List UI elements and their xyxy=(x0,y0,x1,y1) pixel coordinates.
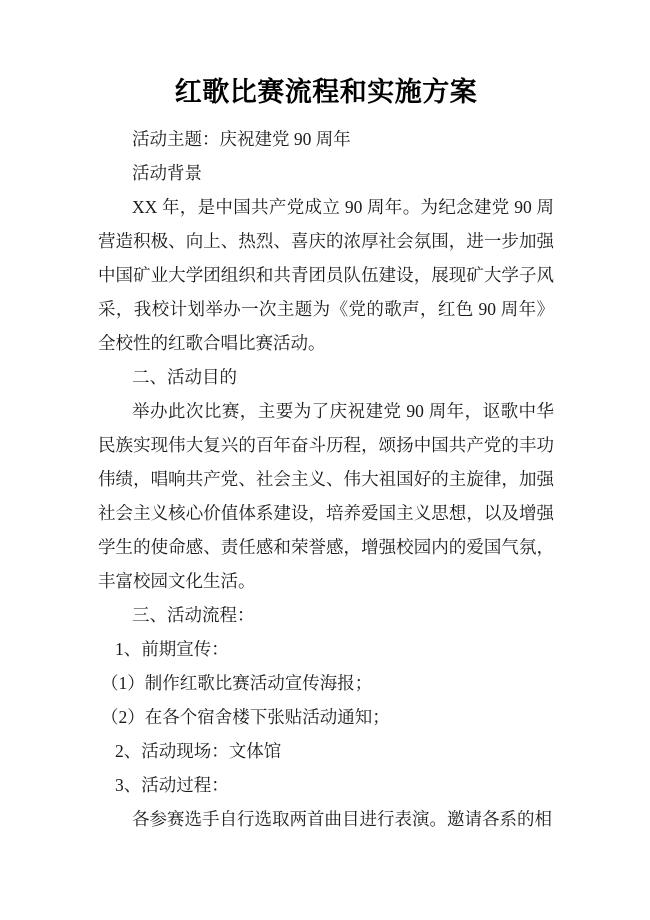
doc-line: 丰富校园文化生活。 xyxy=(98,564,554,598)
document-title: 红歌比赛流程和实施方案 xyxy=(98,74,554,110)
doc-section-heading: 三、活动流程： xyxy=(98,598,554,632)
doc-line: 活动背景 xyxy=(98,156,554,190)
doc-line: 民族实现伟大复兴的百年奋斗历程，颂扬中国共产党的丰功 xyxy=(98,428,554,462)
doc-section-heading: 二、活动目的 xyxy=(98,360,554,394)
document-body: 活动主题：庆祝建党 90 周年 活动背景 XX 年，是中国共产党成立 90 周年… xyxy=(98,122,554,836)
doc-line: 学生的使命感、责任感和荣誉感，增强校园内的爱国气氛， xyxy=(98,530,554,564)
doc-line: 采，我校计划举办一次主题为《党的歌声，红色 90 周年》 xyxy=(98,292,554,326)
document-page: 红歌比赛流程和实施方案 活动主题：庆祝建党 90 周年 活动背景 XX 年，是中… xyxy=(0,0,650,920)
doc-line: 举办此次比赛，主要为了庆祝建党 90 周年，讴歌中华 xyxy=(98,394,554,428)
doc-list-subitem: （1）制作红歌比赛活动宣传海报； xyxy=(98,666,554,700)
doc-list-subitem: （2）在各个宿舍楼下张贴活动通知； xyxy=(98,700,554,734)
doc-list-item: 3、活动过程： xyxy=(98,768,554,802)
doc-line: 营造积极、向上、热烈、喜庆的浓厚社会氛围，进一步加强 xyxy=(98,224,554,258)
doc-line: 伟绩，唱响共产党、社会主义、伟大祖国好的主旋律，加强 xyxy=(98,462,554,496)
doc-line: 中国矿业大学团组织和共青团员队伍建设，展现矿大学子风 xyxy=(98,258,554,292)
doc-line: 社会主义核心价值体系建设，培养爱国主义思想，以及增强 xyxy=(98,496,554,530)
doc-line: 各参赛选手自行选取两首曲目进行表演。邀请各系的相 xyxy=(98,802,554,836)
doc-line: 活动主题：庆祝建党 90 周年 xyxy=(98,122,554,156)
doc-line: XX 年，是中国共产党成立 90 周年。为纪念建党 90 周年 xyxy=(98,190,554,224)
doc-list-item: 2、活动现场：文体馆 xyxy=(98,734,554,768)
doc-line: 全校性的红歌合唱比赛活动。 xyxy=(98,326,554,360)
doc-list-item: 1、前期宣传： xyxy=(98,632,554,666)
